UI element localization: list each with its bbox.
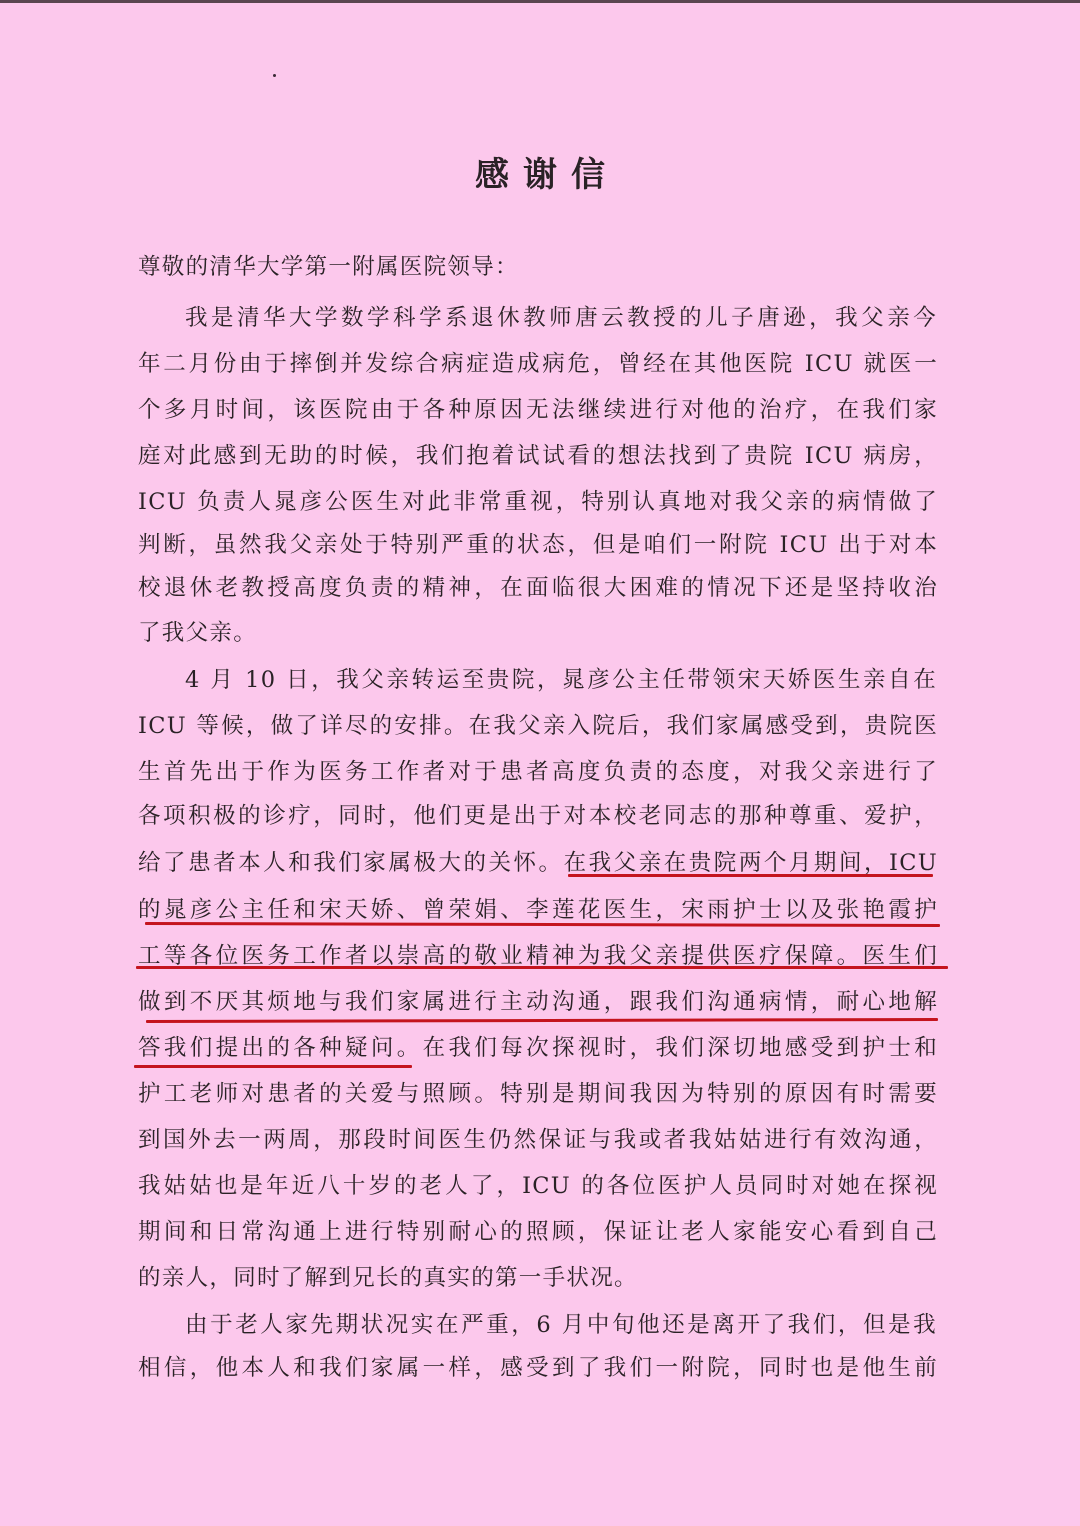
- highlight-underline-3: [136, 966, 948, 969]
- paragraph-2-line-11: 到国外去一两周，那段时间医生仍然保证与我或者我姑姑进行有效沟通，: [138, 1120, 938, 1160]
- paragraph-1-line-4: 庭对此感到无助的时候，我们抱着试试看的想法找到了贵院 ICU 病房，: [138, 436, 938, 476]
- paragraph-2-line-9: 答我们提出的各种疑问。在我们每次探视时，我们深切地感受到护士和: [138, 1028, 938, 1068]
- letter-title: 感谢信: [0, 150, 1080, 200]
- paragraph-2-line-7: 工等各位医务工作者以崇高的敬业精神为我父亲提供医疗保障。医生们: [138, 936, 938, 976]
- paragraph-2-line-13: 期间和日常沟通上进行特别耐心的照顾，保证让老人家能安心看到自己: [138, 1212, 938, 1252]
- paragraph-3-line-1: 由于老人家先期状况实在严重，6 月中旬他还是离开了我们，但是我: [185, 1305, 937, 1345]
- paragraph-1-line-7: 校退休老教授高度负责的精神，在面临很大困难的情况下还是坚持收治: [138, 568, 938, 608]
- paragraph-1-line-2: 年二月份由于摔倒并发综合病症造成病危，曾经在其他医院 ICU 就医一: [138, 344, 938, 384]
- scan-top-edge: [0, 0, 1080, 3]
- highlight-underline-1: [568, 874, 933, 877]
- paragraph-2-line-2: ICU 等候，做了详尽的安排。在我父亲入院后，我们家属感受到，贵院医: [138, 706, 938, 746]
- paper-speck: [273, 74, 276, 77]
- paragraph-1-line-8: 了我父亲。: [138, 613, 938, 653]
- paragraph-2-line-10: 护工老师对患者的关爱与照顾。特别是期间我因为特别的原因有时需要: [138, 1074, 938, 1114]
- paragraph-2-line-4: 各项积极的诊疗，同时，他们更是出于对本校老同志的那种尊重、爱护，: [138, 796, 938, 836]
- paragraph-2-line-8: 做到不厌其烦地与我们家属进行主动沟通，跟我们沟通病情，耐心地解: [138, 982, 938, 1022]
- paragraph-2-line-14: 的亲人，同时了解到兄长的真实的第一手状况。: [138, 1258, 938, 1298]
- salutation: 尊敬的清华大学第一附属医院领导：: [138, 247, 938, 287]
- paragraph-1-line-1: 我是清华大学数学科学系退休教师唐云教授的儿子唐逊，我父亲今: [185, 298, 937, 338]
- paragraph-3-line-2: 相信，他本人和我们家属一样，感受到了我们一附院，同时也是他生前: [138, 1348, 938, 1388]
- paragraph-1-line-5: ICU 负责人晁彦公医生对此非常重视，特别认真地对我父亲的病情做了: [138, 482, 938, 522]
- paragraph-2-line-3: 生首先出于作为医务工作者对于患者高度负责的态度，对我父亲进行了: [138, 752, 938, 792]
- paragraph-2-line-12: 我姑姑也是年近八十岁的老人了，ICU 的各位医护人员同时对她在探视: [138, 1166, 938, 1206]
- paragraph-1-line-6: 判断，虽然我父亲处于特别严重的状态，但是咱们一附院 ICU 出于对本: [138, 525, 938, 565]
- highlight-underline-5: [134, 1065, 412, 1068]
- paragraph-1-line-3: 个多月时间，该医院由于各种原因无法继续进行对他的治疗，在我们家: [138, 390, 938, 430]
- paragraph-2-line-1: 4 月 10 日，我父亲转运至贵院，晁彦公主任带领宋天娇医生亲自在: [185, 660, 937, 700]
- paragraph-2-line-5: 给了患者本人和我们家属极大的关怀。在我父亲在贵院两个月期间，ICU: [138, 843, 938, 883]
